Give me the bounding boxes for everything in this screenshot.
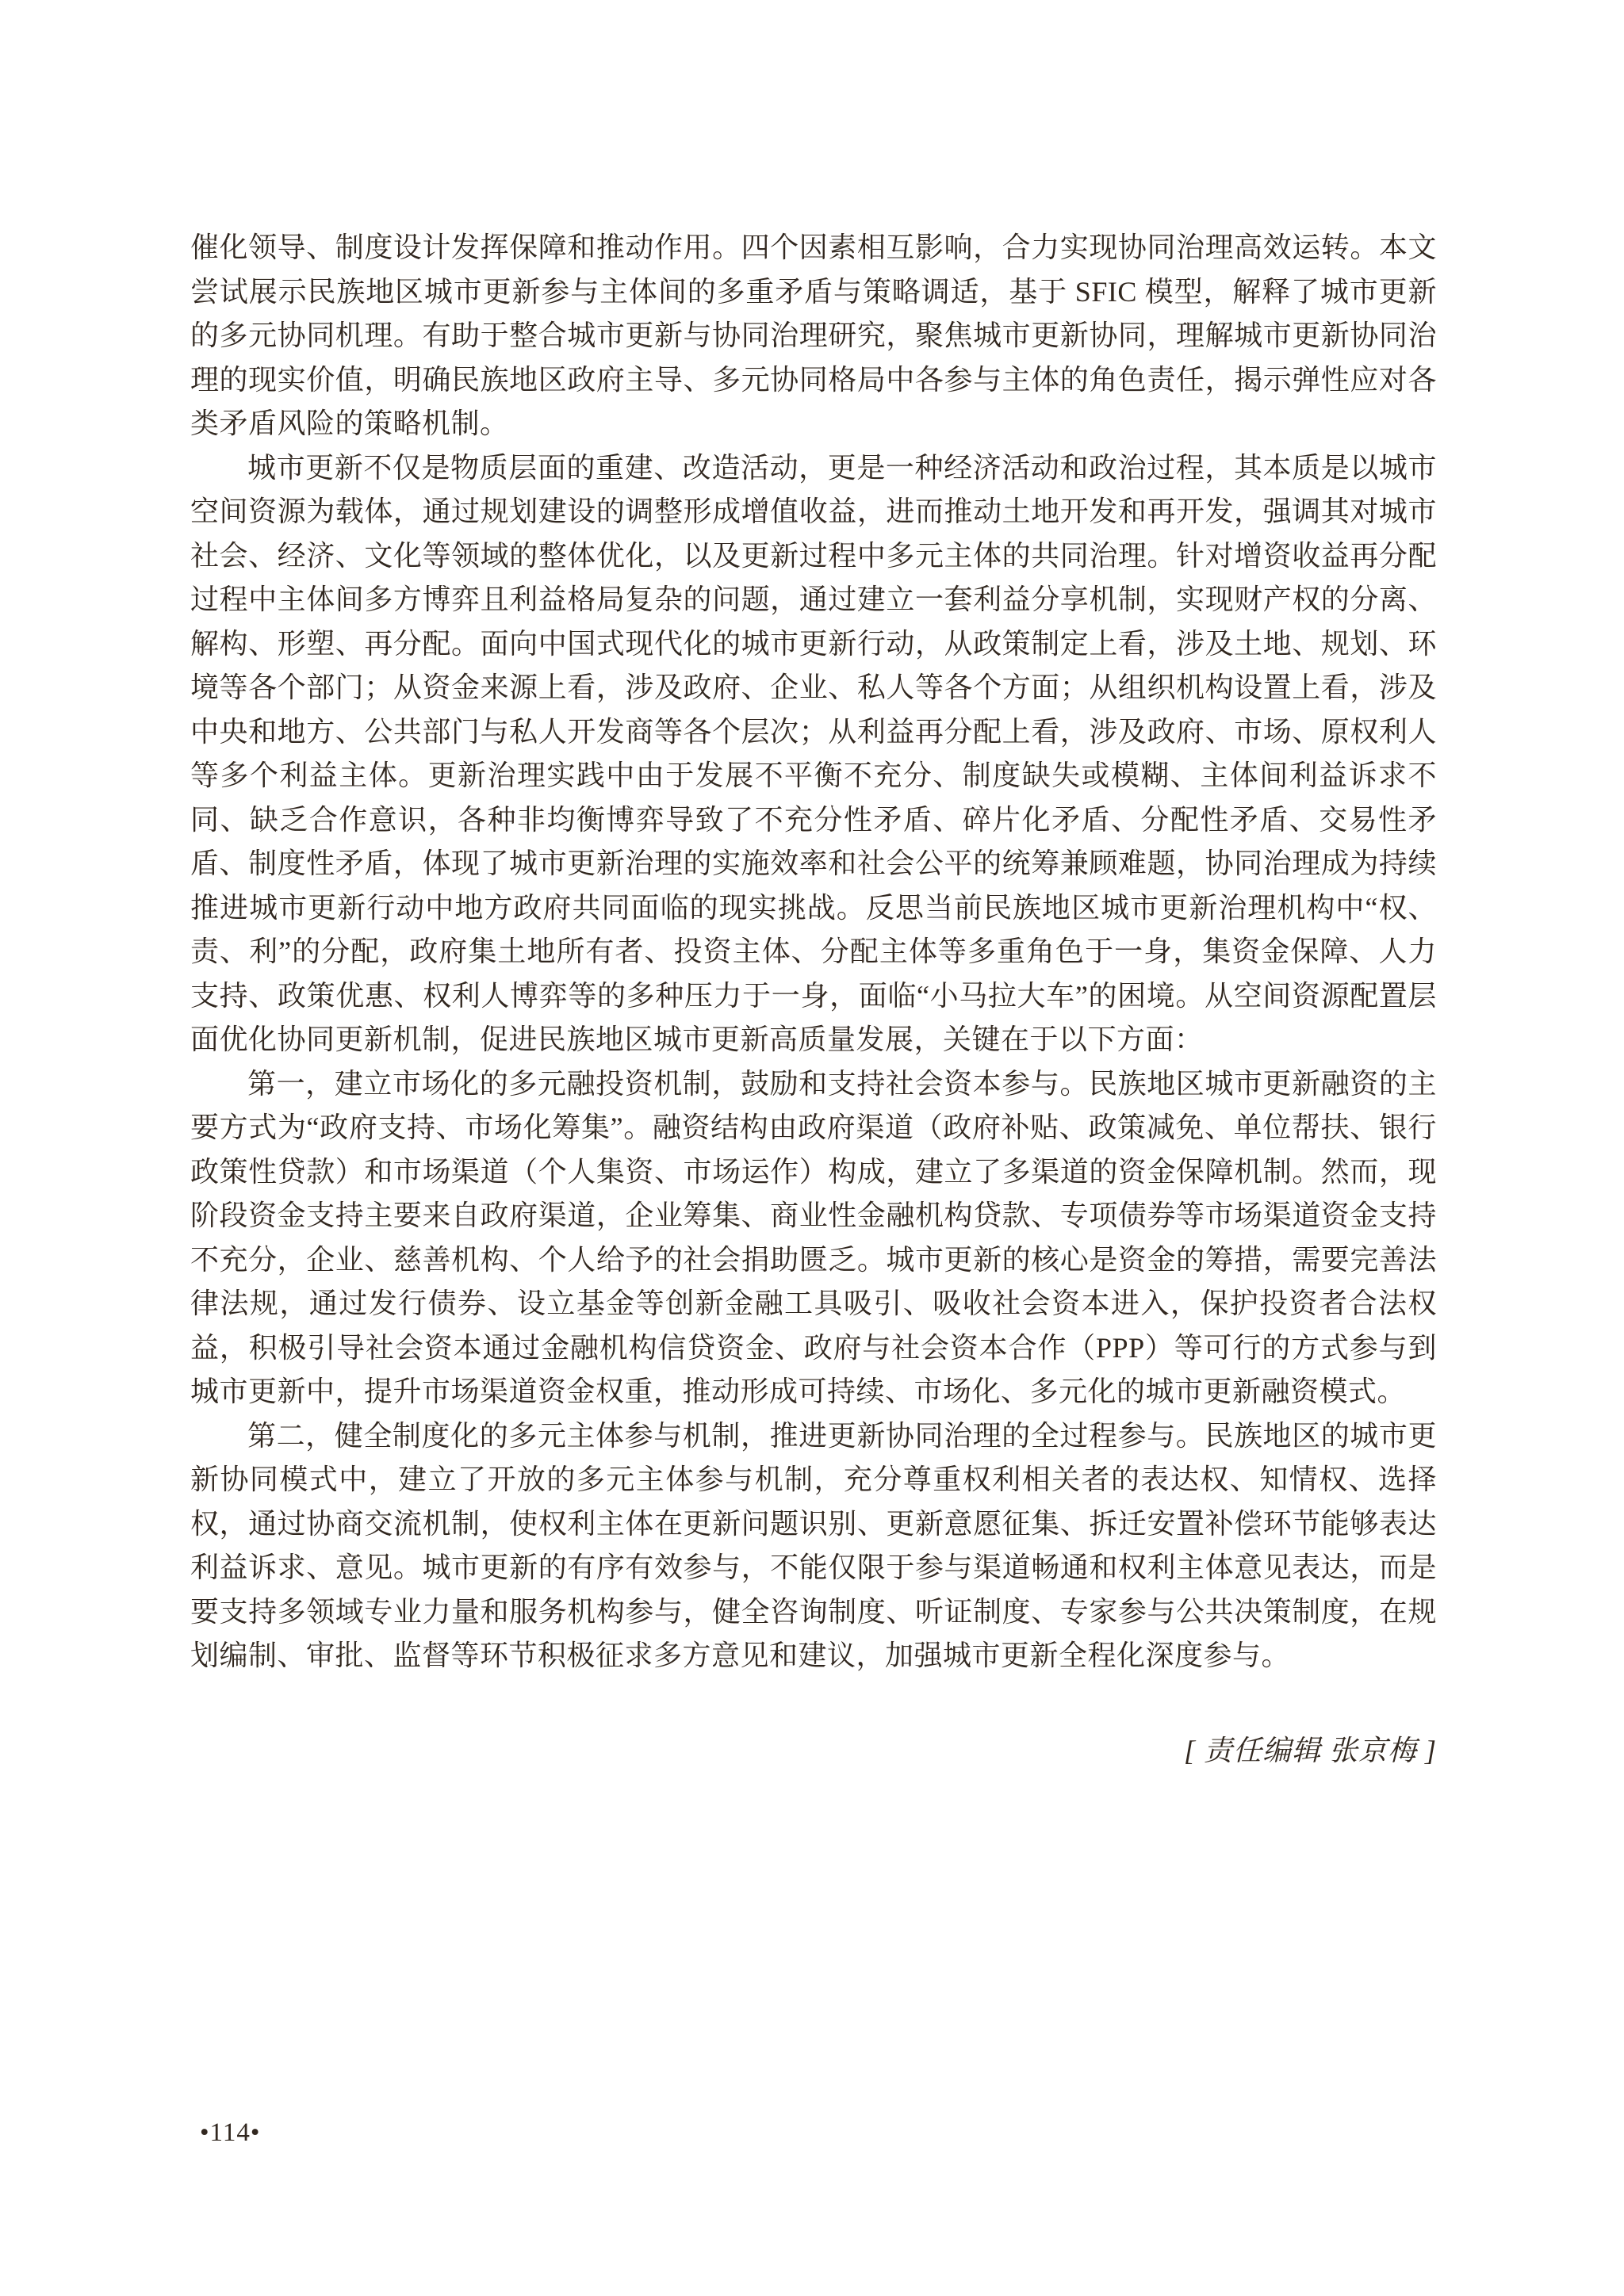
article-body: 催化领导、制度设计发挥保障和推动作用。四个因素相互影响，合力实现协同治理高效运转… [190,226,1437,1773]
page-number: •114• [200,2117,260,2149]
document-page: 催化领导、制度设计发挥保障和推动作用。四个因素相互影响，合力实现协同治理高效运转… [0,0,1624,2296]
body-paragraph-4: 第二，健全制度化的多元主体参与机制，推进更新协同治理的全过程参与。民族地区的城市… [190,1414,1437,1678]
body-paragraph-2: 城市更新不仅是物质层面的重建、改造活动，更是一种经济活动和政治过程，其本质是以城… [190,446,1437,1062]
editor-credit: [ 责任编辑 张京梅 ] [190,1729,1437,1774]
body-paragraph-3: 第一，建立市场化的多元融投资机制，鼓励和支持社会资本参与。民族地区城市更新融资的… [190,1062,1437,1414]
body-paragraph-1: 催化领导、制度设计发挥保障和推动作用。四个因素相互影响，合力实现协同治理高效运转… [190,226,1437,446]
